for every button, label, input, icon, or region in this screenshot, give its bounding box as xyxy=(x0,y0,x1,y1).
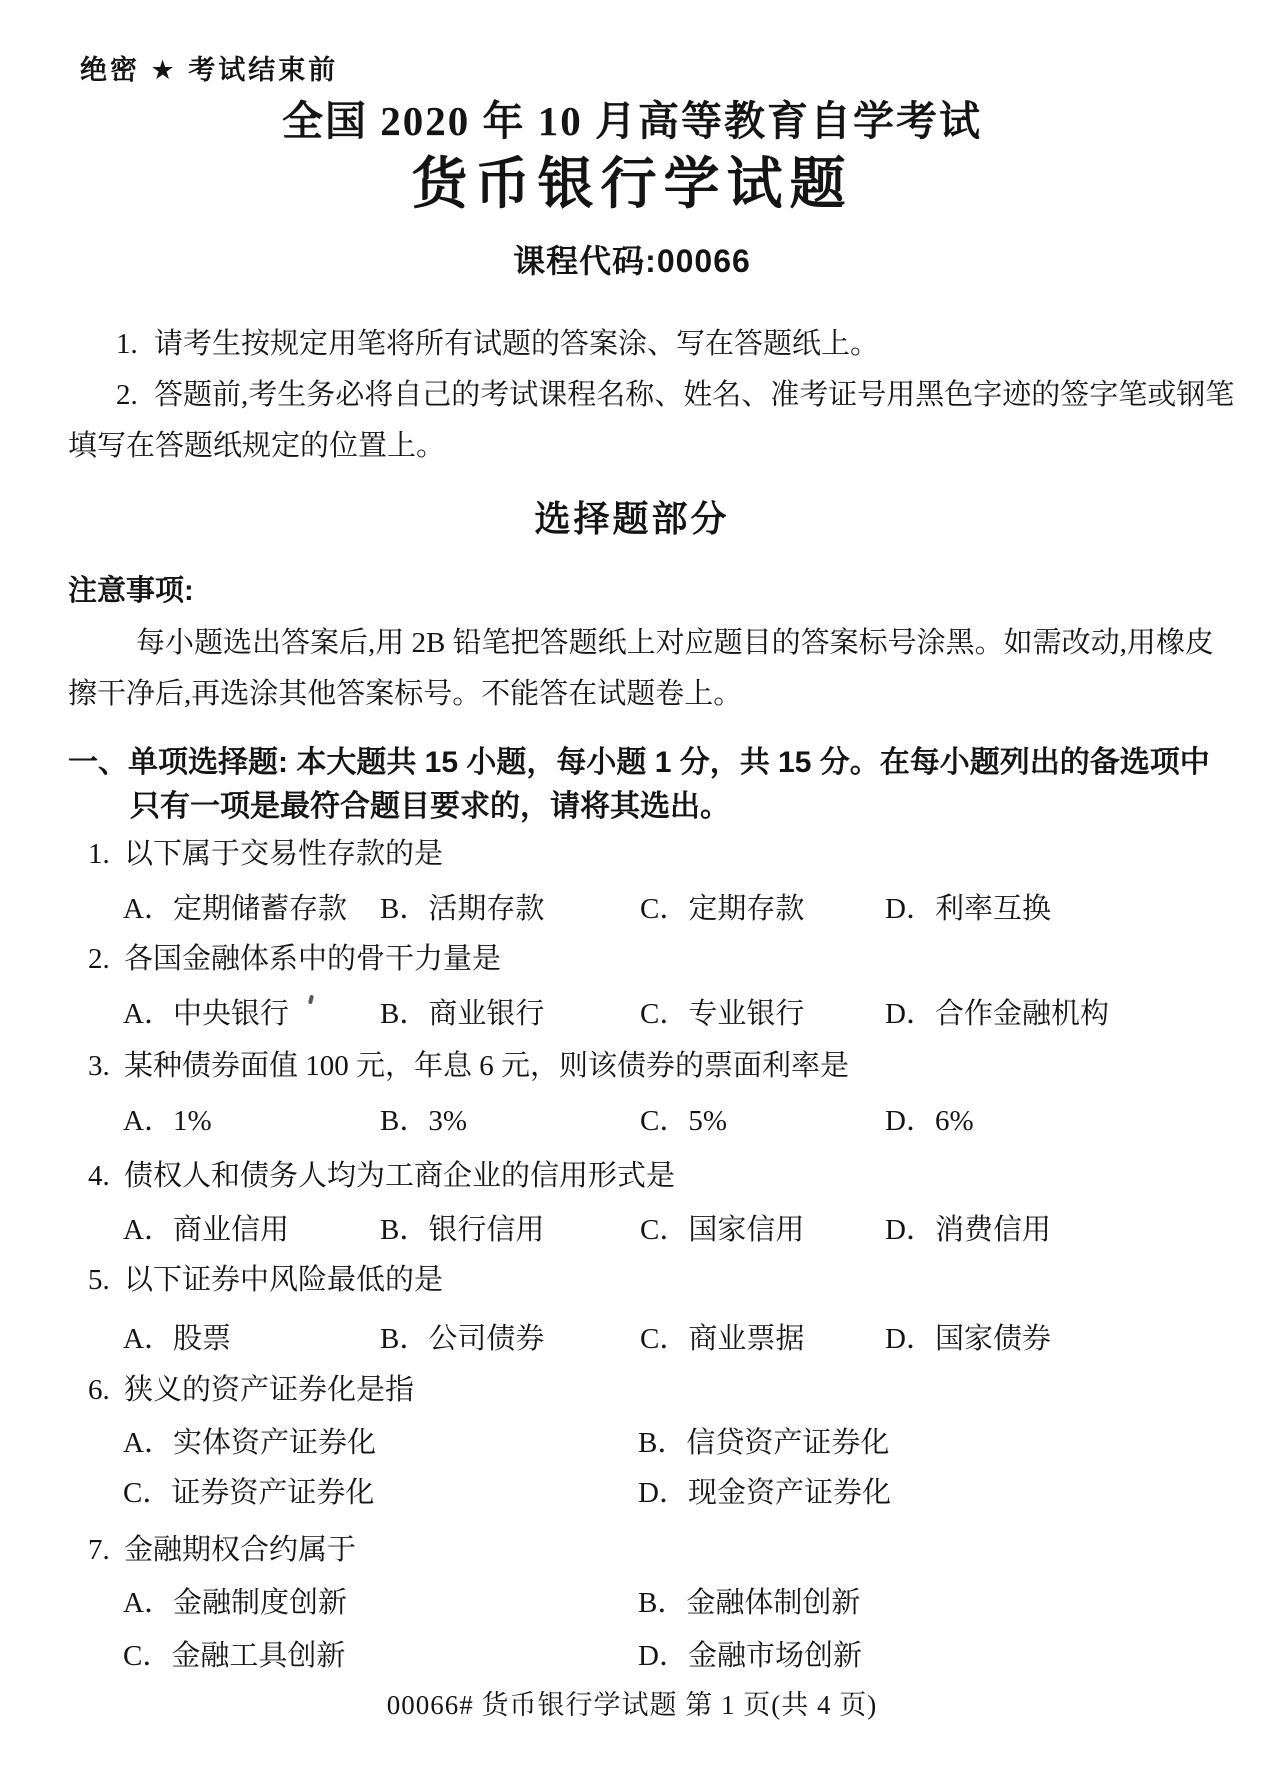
question-4-options: A．商业信用 B．银行信用 C．国家信用 D．消费信用 xyxy=(88,1214,1218,1254)
question-1-option-b: B．活期存款 xyxy=(380,893,544,926)
question-2-option-b: B．商业银行 xyxy=(380,998,544,1031)
question-3-option-d: D．6% xyxy=(885,1105,974,1138)
notice-text-line-2: 擦干净后,再选涂其他答案标号。不能答在试题卷上。 xyxy=(68,678,742,711)
instruction-2-number: 2. xyxy=(116,379,154,412)
page-footer: 00066# 货币银行学试题 第 1 页(共 4 页) xyxy=(0,1690,1264,1721)
question-2-option-d: D．合作金融机构 xyxy=(885,998,1109,1031)
question-3-number: 3. xyxy=(88,1050,124,1083)
classification-banner: 绝密 ★ 考试结束前 xyxy=(80,55,338,86)
question-5-option-a: A．股票 xyxy=(123,1323,231,1356)
question-2-option-a: A．中央银行 xyxy=(123,998,289,1031)
question-6-option-b: B．信贷资产证券化 xyxy=(638,1427,889,1460)
question-6-option-c: C．证券资产证券化 xyxy=(123,1477,374,1510)
question-5-text: 以下证券中风险最低的是 xyxy=(124,1264,443,1296)
question-3-stem: 3.某种债券面值 100 元，年息 6 元，则该债券的票面利率是 xyxy=(88,1050,849,1083)
question-4-option-c: C．国家信用 xyxy=(640,1214,804,1247)
instruction-item-2: 2.答题前,考生务必将自己的考试课程名称、姓名、准考证号用黑色字迹的签字笔或钢笔 xyxy=(68,379,1234,412)
question-7-option-c: C．金融工具创新 xyxy=(123,1640,345,1673)
question-3-option-b: B．3% xyxy=(380,1105,467,1138)
question-6-options-row-2: C．证券资产证券化 D．现金资产证券化 xyxy=(88,1477,1218,1517)
question-2-options: A．中央银行 B．商业银行 C．专业银行 D．合作金融机构 xyxy=(88,998,1218,1038)
question-1-text: 以下属于交易性存款的是 xyxy=(124,838,443,870)
exam-subject-title: 货币银行学试题 xyxy=(0,152,1264,216)
question-7-options-row-2: C．金融工具创新 D．金融市场创新 xyxy=(88,1640,1218,1680)
question-7-option-d: D．金融市场创新 xyxy=(638,1640,862,1673)
question-6-options-row-1: A．实体资产证券化 B．信贷资产证券化 xyxy=(88,1427,1218,1467)
part1-heading-line-2: 只有一项是最符合题目要求的，请将其选出。 xyxy=(130,790,730,825)
question-4-option-b: B．银行信用 xyxy=(380,1214,544,1247)
question-2-number: 2. xyxy=(88,943,124,976)
question-4-text: 债权人和债务人均为工商企业的信用形式是 xyxy=(124,1160,675,1192)
exam-session-title: 全国 2020 年 10 月高等教育自学考试 xyxy=(0,98,1264,145)
question-1-number: 1. xyxy=(88,838,124,871)
question-6-option-a: A．实体资产证券化 xyxy=(123,1427,376,1460)
question-6-number: 6. xyxy=(88,1374,124,1407)
instruction-2-text-line-1: 答题前,考生务必将自己的考试课程名称、姓名、准考证号用黑色字迹的签字笔或钢笔 xyxy=(154,379,1234,411)
question-3-options: A．1% B．3% C．5% D．6% xyxy=(88,1105,1218,1145)
question-1-option-a: A．定期储蓄存款 xyxy=(123,893,347,926)
course-code: 课程代码:00066 xyxy=(0,243,1264,280)
question-7-options-row-1: A．金融制度创新 B．金融体制创新 xyxy=(88,1587,1218,1627)
question-6-stem: 6.狭义的资产证券化是指 xyxy=(88,1374,414,1407)
instruction-item-1: 1.请考生按规定用笔将所有试题的答案涂、写在答题纸上。 xyxy=(68,328,879,361)
part1-heading-line-1: 一、单项选择题: 本大题共 15 小题，每小题 1 分，共 15 分。在每小题列… xyxy=(68,746,1210,781)
question-5-option-b: B．公司债券 xyxy=(380,1323,544,1356)
notice-text-line-1: 每小题选出答案后,用 2B 铅笔把答题纸上对应题目的答案标号涂黑。如需改动,用橡… xyxy=(136,627,1214,660)
question-4-option-d: D．消费信用 xyxy=(885,1214,1051,1247)
notice-heading: 注意事项: xyxy=(68,575,194,608)
question-7-stem: 7.金融期权合约属于 xyxy=(88,1534,356,1567)
question-5-stem: 5.以下证券中风险最低的是 xyxy=(88,1264,443,1297)
question-7-option-a: A．金融制度创新 xyxy=(123,1587,347,1620)
question-3-text: 某种债券面值 100 元，年息 6 元，则该债券的票面利率是 xyxy=(124,1050,849,1082)
question-3-option-c: C．5% xyxy=(640,1105,727,1138)
instruction-1-number: 1. xyxy=(116,328,154,361)
question-4-stem: 4.债权人和债务人均为工商企业的信用形式是 xyxy=(88,1160,675,1193)
question-7-text: 金融期权合约属于 xyxy=(124,1534,356,1566)
exam-paper-page: 绝密 ★ 考试结束前 全国 2020 年 10 月高等教育自学考试 货币银行学试… xyxy=(0,0,1264,1783)
instruction-2-text-line-2: 填写在答题纸规定的位置上。 xyxy=(68,430,445,463)
question-1-option-c: C．定期存款 xyxy=(640,893,804,926)
question-2-text: 各国金融体系中的骨干力量是 xyxy=(124,943,501,975)
question-6-text: 狭义的资产证券化是指 xyxy=(124,1374,414,1406)
question-7-number: 7. xyxy=(88,1534,124,1567)
question-2-stem: 2.各国金融体系中的骨干力量是 xyxy=(88,943,501,976)
question-3-option-a: A．1% xyxy=(123,1105,212,1138)
question-4-number: 4. xyxy=(88,1160,124,1193)
instruction-1-text: 请考生按规定用笔将所有试题的答案涂、写在答题纸上。 xyxy=(154,328,879,360)
section-title: 选择题部分 xyxy=(0,498,1264,539)
question-5-number: 5. xyxy=(88,1264,124,1297)
question-7-option-b: B．金融体制创新 xyxy=(638,1587,860,1620)
question-1-option-d: D．利率互换 xyxy=(885,893,1051,926)
question-5-options: A．股票 B．公司债券 C．商业票据 D．国家债券 xyxy=(88,1323,1218,1363)
question-5-option-d: D．国家债券 xyxy=(885,1323,1051,1356)
question-5-option-c: C．商业票据 xyxy=(640,1323,804,1356)
question-4-option-a: A．商业信用 xyxy=(123,1214,289,1247)
question-1-stem: 1.以下属于交易性存款的是 xyxy=(88,838,443,871)
question-1-options: A．定期储蓄存款 B．活期存款 C．定期存款 D．利率互换 xyxy=(88,893,1218,933)
question-2-option-c: C．专业银行 xyxy=(640,998,804,1031)
question-6-option-d: D．现金资产证券化 xyxy=(638,1477,891,1510)
